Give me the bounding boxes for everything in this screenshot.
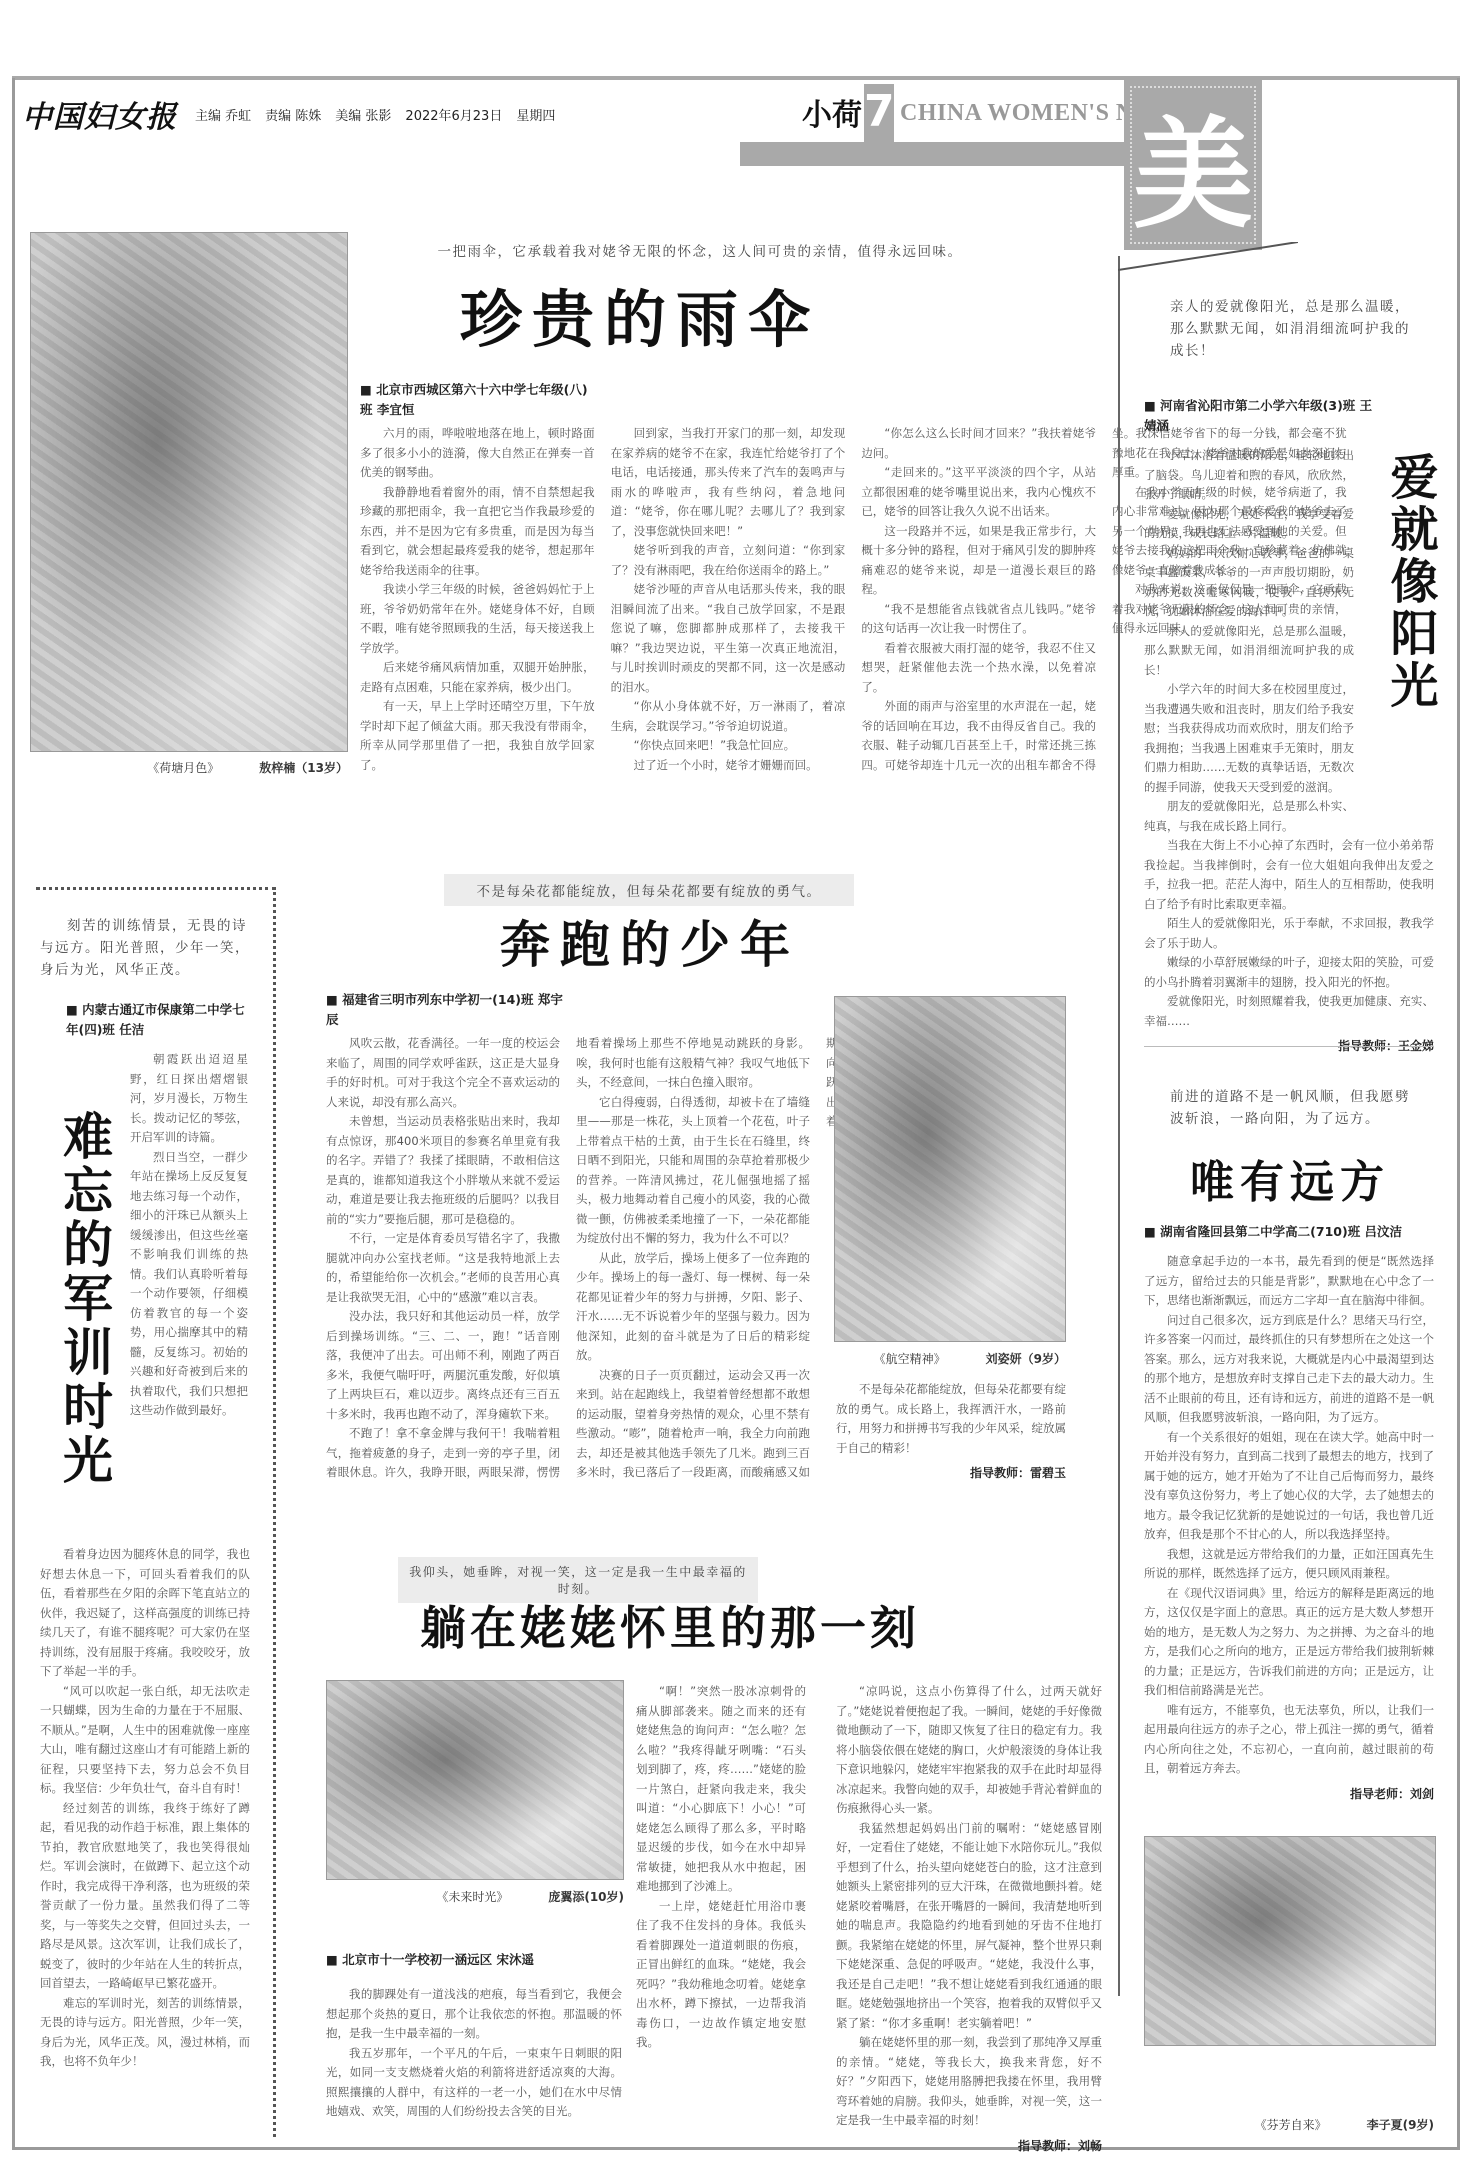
article-body: 我的脚踝处有一道浅浅的疤痕，每当看到它，我便会想起那个炎热的夏日，那个让我依恋的…: [326, 1985, 622, 2135]
masthead-meta: 主编 乔虹 责编 陈姝 美编 张影 2022年6月23日 星期四: [195, 105, 555, 124]
article-title: 唯有远方: [1160, 1146, 1420, 1210]
paragraph: 朋友的爱就像阳光，总是那么朴实、纯真，与我在成长路上同行。: [1144, 797, 1354, 836]
responsible-editor: 责编 陈姝: [265, 105, 321, 124]
paragraph: 嫩绿的小草舒展嫩绿的叶子，迎接太阳的笑脸，可爱的小鸟扑腾着羽翼渐丰的翅膀，投入阳…: [1144, 953, 1434, 992]
paragraph: 一上岸，姥姥赶忙用浴巾裹住了我不住发抖的身体。我低头看着脚踝处一道道刺眼的伤痕，…: [636, 1897, 806, 2053]
newspaper-logo: 中国妇女报: [22, 92, 177, 136]
paragraph: “凉吗说，这点小伤算得了什么，过两天就好了。”姥姥说着便抱起了我。一瞬间，姥姥的…: [836, 1682, 1102, 1819]
paragraph: “你从小身体就不好，万一淋雨了，着凉生病，会耽误学习。”爷爷迫切说道。: [611, 697, 846, 736]
artwork-aviation-painting: [834, 996, 1066, 1342]
article-dek: 一把雨伞，它承载着我对姥爷无限的怀念，这人间可贵的亲情，值得永远回味。: [420, 240, 980, 260]
paragraph: 不是每朵花都能绽放，但每朵花都要有绽放的勇气。成长路上，我挥洒汗水，一路前行，用…: [836, 1380, 1066, 1458]
artwork-lotus-painting: [30, 232, 348, 752]
article-byline: 福建省三明市列东中学初一(14)班 郑宇辰: [326, 990, 566, 1030]
article-body-col2: “啊！”突然一股冰凉刺骨的痛从脚部袭来。随之而来的还有姥姥焦急的询问声：“怎么啦…: [636, 1682, 806, 2132]
art-editor: 美编 张影: [335, 105, 391, 124]
teacher-credit: 指导教师：刘畅: [836, 2137, 1102, 2157]
paragraph: 妈妈的一次次耐心教导，爸爸的一桌桌丰盛饭菜，爷爷的一声声殷切期盼，奶奶的无数次嘘…: [1144, 544, 1354, 622]
paragraph: 陌生人的爱就像阳光，乐于奉献，不求回报，教我学会了乐于助人。: [1144, 914, 1434, 953]
paragraph: 我想，这就是远方带给我们的力量，正如汪国真先生所说的那样，既然选择了远方，便只顾…: [1144, 1545, 1434, 1584]
article-byline: 河南省沁阳市第二小学六年级(3)班 王婧涵: [1144, 396, 1374, 436]
artwork-caption: 《荷塘月色》 敖梓楠（13岁）: [30, 755, 348, 776]
issue-date: 2022年6月23日: [405, 105, 502, 124]
artwork-future-painting: [326, 1680, 624, 1880]
paragraph: 烈日当空，一群少年站在操场上反反复复地去练习每一个动作，细小的汗珠已从额头上缓缓…: [130, 1148, 248, 1421]
paragraph: 姥爷沙哑的声音从电话那头传来，我的眼泪瞬间流了出来。“我自己放学回家，不是跟您说…: [611, 580, 846, 697]
paragraph: 从此，放学后，操场上便多了一位奔跑的少年。操场上的每一盏灯、每一棵树、每一朵花都…: [576, 1249, 810, 1366]
paragraph: 没办法，我只好和其他运动员一样，放学后到操场训练。“三、二、一，跑！”话音刚落，…: [326, 1307, 560, 1424]
paragraph: 爱就像阳光，时刻照耀着我，使我更加健康、充实、幸福……: [1144, 992, 1434, 1031]
masthead: 中国妇女报 主编 乔虹 责编 陈姝 美编 张影 2022年6月23日 星期四: [22, 92, 555, 136]
article-byline: 北京市西城区第六十六中学七年级(八)班 李宜恒: [360, 380, 600, 420]
paragraph: 不行，一定是体育委员写错名字了，我撒腿就冲向办公室找老师。“这是我特地派上去的，…: [326, 1229, 560, 1307]
article-title: 躺在姥姥怀里的那一刻: [380, 1592, 960, 1658]
artwork-caption: 《未来时光》 庞翼添(10岁): [326, 1884, 624, 1905]
article-title: 奔跑的少年: [440, 905, 860, 977]
paragraph: 唯有远方，不能辜负，也无法辜负，所以，让我们一起用最向往远方的赤子之心，带上孤注…: [1144, 1701, 1434, 1779]
article-dek: 前进的道路不是一帆风顺，但我愿劈波斩浪，一路向阳，为了远方。: [1170, 1086, 1420, 1130]
teacher-credit: 指导老师：刘剑: [1144, 1785, 1434, 1805]
teacher-credit: 指导教师：雷碧玉: [836, 1464, 1066, 1484]
paragraph: 小草沐浴着温暖的阳光，轻轻地探出了脑袋。鸟儿迎着和煦的春风，欣欣然，张开了眼睛。: [1144, 446, 1354, 505]
artwork-title: 《未来时光》: [436, 1888, 508, 1905]
artwork-title: 《芬芳自来》: [1255, 2116, 1327, 2133]
paragraph: “风可以吹起一张白纸，却无法吹走一只蝴蝶，因为生命的力量在于不屈服、不顺从。”是…: [40, 1682, 250, 1799]
paragraph: 回到家，当我打开家门的那一刻，却发现在家养病的姥爷不在家，我连忙给姥爷打了个电话…: [611, 424, 846, 541]
header-strip: [740, 142, 1124, 166]
paragraph: 我静静地看着窗外的雨，情不自禁想起我珍藏的那把雨伞，我一直把它当作我最珍爱的东西…: [360, 483, 595, 581]
artwork-caption: 《航空精神》 刘姿妍（9岁）: [834, 1346, 1066, 1367]
article-body: 风吹云散，花香满径。一年一度的校运会来临了，周围的同学欢呼雀跃，这正是大显身手的…: [326, 1034, 810, 1494]
paragraph: 问过自己很多次，远方到底是什么？思绪天马行空，许多答案一闪而过，最终抓住的只有梦…: [1144, 1311, 1434, 1428]
artwork-artist: 敖梓楠（13岁）: [259, 759, 348, 776]
article-body: 六月的雨，哗啦啦地落在地上，顿时路面多了很多小小的涟漪，像大自然正在弹奏一首优美…: [360, 424, 1096, 794]
artwork-title: 《荷塘月色》: [147, 759, 219, 776]
artwork-title: 《航空精神》: [874, 1350, 946, 1367]
paragraph: “啊！”突然一股冰凉刺骨的痛从脚部袭来。随之而来的还有姥姥焦急的询问声：“怎么啦…: [636, 1682, 806, 1897]
paragraph: 我五岁那年，一个平凡的午后，一束束午日刺眼的阳光，如同一支支燃烧着火焰的利箭将进…: [326, 2044, 622, 2122]
paragraph: 当我在大街上不小心掉了东西时，会有一位小弟弟帮我捡起。当我摔倒时，会有一位大姐姐…: [1144, 836, 1434, 914]
paragraph: 它白得瘦弱，白得透彻，却被卡在了墙缝里——那是一株花，头上顶着一个花苞，叶子上带…: [576, 1093, 810, 1249]
paragraph: 爱就像阳光，无处不在，我享受着爱的抚摸，成长路上一片温暖。: [1144, 505, 1354, 544]
section-name: 小荷: [796, 90, 862, 134]
right-column: 亲人的爱就像阳光，总是那么温暖，那么默默无闻，如涓涓细流呵护我的成长！ 河南省沁…: [1118, 256, 1454, 1996]
article-body: 随意拿起手边的一本书，最先看到的便是“既然选择了远方，留给过去的只能是背影”，默…: [1144, 1252, 1434, 1804]
paragraph: 随意拿起手边的一本书，最先看到的便是“既然选择了远方，留给过去的只能是背影”，默…: [1144, 1252, 1434, 1311]
panel-corner-line: [1118, 242, 1298, 272]
paragraph: 过了近一个小时，姥爷才姗姗而回。: [611, 756, 846, 776]
artwork-peacock-painting: [1144, 1836, 1436, 2046]
paragraph: “我不是想能省点钱就省点儿钱吗。”姥爷的这句话再一次让我一时愣住了。: [861, 600, 1096, 639]
paragraph: 有一个关系很好的姐姐，现在在读大学。她高中时一开始并没有努力，直到高二找到了最想…: [1144, 1428, 1434, 1545]
paragraph: 姥爷听到我的声音，立刻问道：“你到家了？没有淋雨吧，我在给你送雨伞的路上。”: [611, 541, 846, 580]
paragraph: 小学六年的时间大多在校园里度过，当我遭遇失败和沮丧时，朋友们给予我安慰；当我获得…: [1144, 680, 1354, 797]
paragraph: 我读小学三年级的时候，爸爸妈妈忙于上班，爷爷奶奶常年在外。姥姥身体不好，自顾不暇…: [360, 580, 595, 658]
article-byline: 湖南省隆回县第二中学高二(710)班 吕汶洁: [1144, 1222, 1444, 1242]
paragraph: 难忘的军训时光，刻苦的训练情景，无畏的诗与远方。阳光普照，少年一笑，身后为光，风…: [40, 1994, 250, 2072]
artwork-caption: 《芬芳自来》 李子夏(9岁): [1142, 2112, 1434, 2133]
article-body: 小草沐浴着温暖的阳光，轻轻地探出了脑袋。鸟儿迎着和煦的春风，欣欣然，张开了眼睛。…: [1144, 446, 1434, 1057]
page-number: 7: [864, 84, 894, 142]
paragraph: 未曾想，当运动员表格张贴出来时，我却有点惊讶，那400米项目的参赛名单里竟有我的…: [326, 1112, 560, 1229]
article-title: 珍贵的雨伞: [380, 270, 900, 359]
paragraph: “你怎么这么长时间才回来？”我扶着姥爷边问。: [861, 424, 1096, 463]
weekday: 星期四: [516, 105, 555, 124]
editor-in-chief: 主编 乔虹: [195, 105, 251, 124]
article-body: 看着身边因为腿疼休息的同学，我也好想去休息一下，可回头看着我们的队伍，看着那些在…: [40, 1545, 250, 2072]
paragraph: 我猛然想起妈妈出门前的嘱咐：“姥姥感冒刚好，一定看住了姥姥，不能让她下水陪你玩儿…: [836, 1819, 1102, 2034]
article-body-col3: “凉吗说，这点小伤算得了什么，过两天就好了。”姥姥说着便抱起了我。一瞬间，姥姥的…: [836, 1682, 1102, 2156]
paragraph: 看着身边因为腿疼休息的同学，我也好想去休息一下，可回头看着我们的队伍，看着那些在…: [40, 1545, 250, 1682]
paragraph: 亲人的爱就像阳光，总是那么温暖，那么默默无闻，如涓涓细流呵护我的成长！: [1144, 622, 1354, 681]
paragraph: “你快点回来吧！”我急忙回应。: [611, 736, 846, 756]
paragraph: “走回来的。”这平平淡淡的四个字，从站立都很困难的姥爷嘴里说出来，我内心愧疚不已…: [861, 463, 1096, 522]
article-dek: 刻苦的训练情景，无畏的诗与远方。阳光普照，少年一笑，身后为光，风华正茂。: [40, 915, 250, 981]
divider: [1144, 1046, 1434, 1047]
artwork-artist: 庞翼添(10岁): [548, 1888, 624, 1905]
article-title: 难忘的军训时光: [48, 1110, 120, 1488]
paragraph: 后来姥爷痛风病情加重，双腿开始肿胀，走路有点困难，只能在家养病，极少出门。: [360, 658, 595, 697]
article-byline: 内蒙古通辽市保康第二中学七年(四)班 任洁: [66, 1000, 246, 1040]
paragraph: 我的脚踝处有一道浅浅的疤痕，每当看到它，我便会想起那个炎热的夏日，那个让我依恋的…: [326, 1985, 622, 2044]
paragraph: 看着衣服被大雨打湿的姥爷，我忍不住又想哭，赶紧催他去洗一个热水澡，以免着凉了。: [861, 639, 1096, 698]
paragraph: 朝霞跃出迢迢星野，红日探出熠熠银河，岁月漫长，万物生长。拨动记忆的琴弦，开启军训…: [130, 1050, 248, 1148]
artwork-artist: 李子夏(9岁): [1367, 2116, 1434, 2133]
paragraph: 风吹云散，花香满径。一年一度的校运会来临了，周围的同学欢呼雀跃，这正是大显身手的…: [326, 1034, 560, 1112]
article-byline: 北京市十一学校初一涵远区 宋沐遥: [326, 1950, 626, 1970]
article-body-narrow: 朝霞跃出迢迢星野，红日探出熠熠银河，岁月漫长，万物生长。拨动记忆的琴弦，开启军训…: [130, 1050, 248, 1421]
article-body-end: 不是每朵花都能绽放，但每朵花都要有绽放的勇气。成长路上，我挥洒汗水，一路前行，用…: [836, 1380, 1066, 1484]
article-dek-banner: 不是每朵花都能绽放，但每朵花都要有绽放的勇气。: [444, 874, 854, 906]
paragraph: 六月的雨，哗啦啦地落在地上，顿时路面多了很多小小的涟漪，像大自然正在弹奏一首优美…: [360, 424, 595, 483]
badge-char: 美: [1133, 79, 1253, 251]
paragraph: 在《现代汉语词典》里，给远方的解释是距离远的地方，这仅仅是字面上的意思。真正的远…: [1144, 1584, 1434, 1701]
paragraph: 躺在姥姥怀里的那一刻，我尝到了那纯净又厚重的亲情。“姥姥，等我长大，换我来背您，…: [836, 2033, 1102, 2131]
article-dek: 亲人的爱就像阳光，总是那么温暖，那么默默无闻，如涓涓细流呵护我的成长！: [1170, 296, 1420, 362]
paragraph: 有一天，早上上学时还晴空万里，下午放学时却下起了倾盆大雨。那天我没有带雨伞，所幸…: [360, 697, 595, 775]
paragraph: 经过刻苦的训练，我终于练好了蹲起，看见我的动作趋于标准，跟上集体的节拍，教官欣慰…: [40, 1799, 250, 1994]
paragraph: 这一段路并不远，如果是我正常步行，大概十多分钟的路程，但对于痛风引发的脚肿疼痛难…: [861, 522, 1096, 600]
artwork-artist: 刘姿妍（9岁）: [986, 1350, 1066, 1367]
section-badge: 美: [1124, 80, 1262, 250]
